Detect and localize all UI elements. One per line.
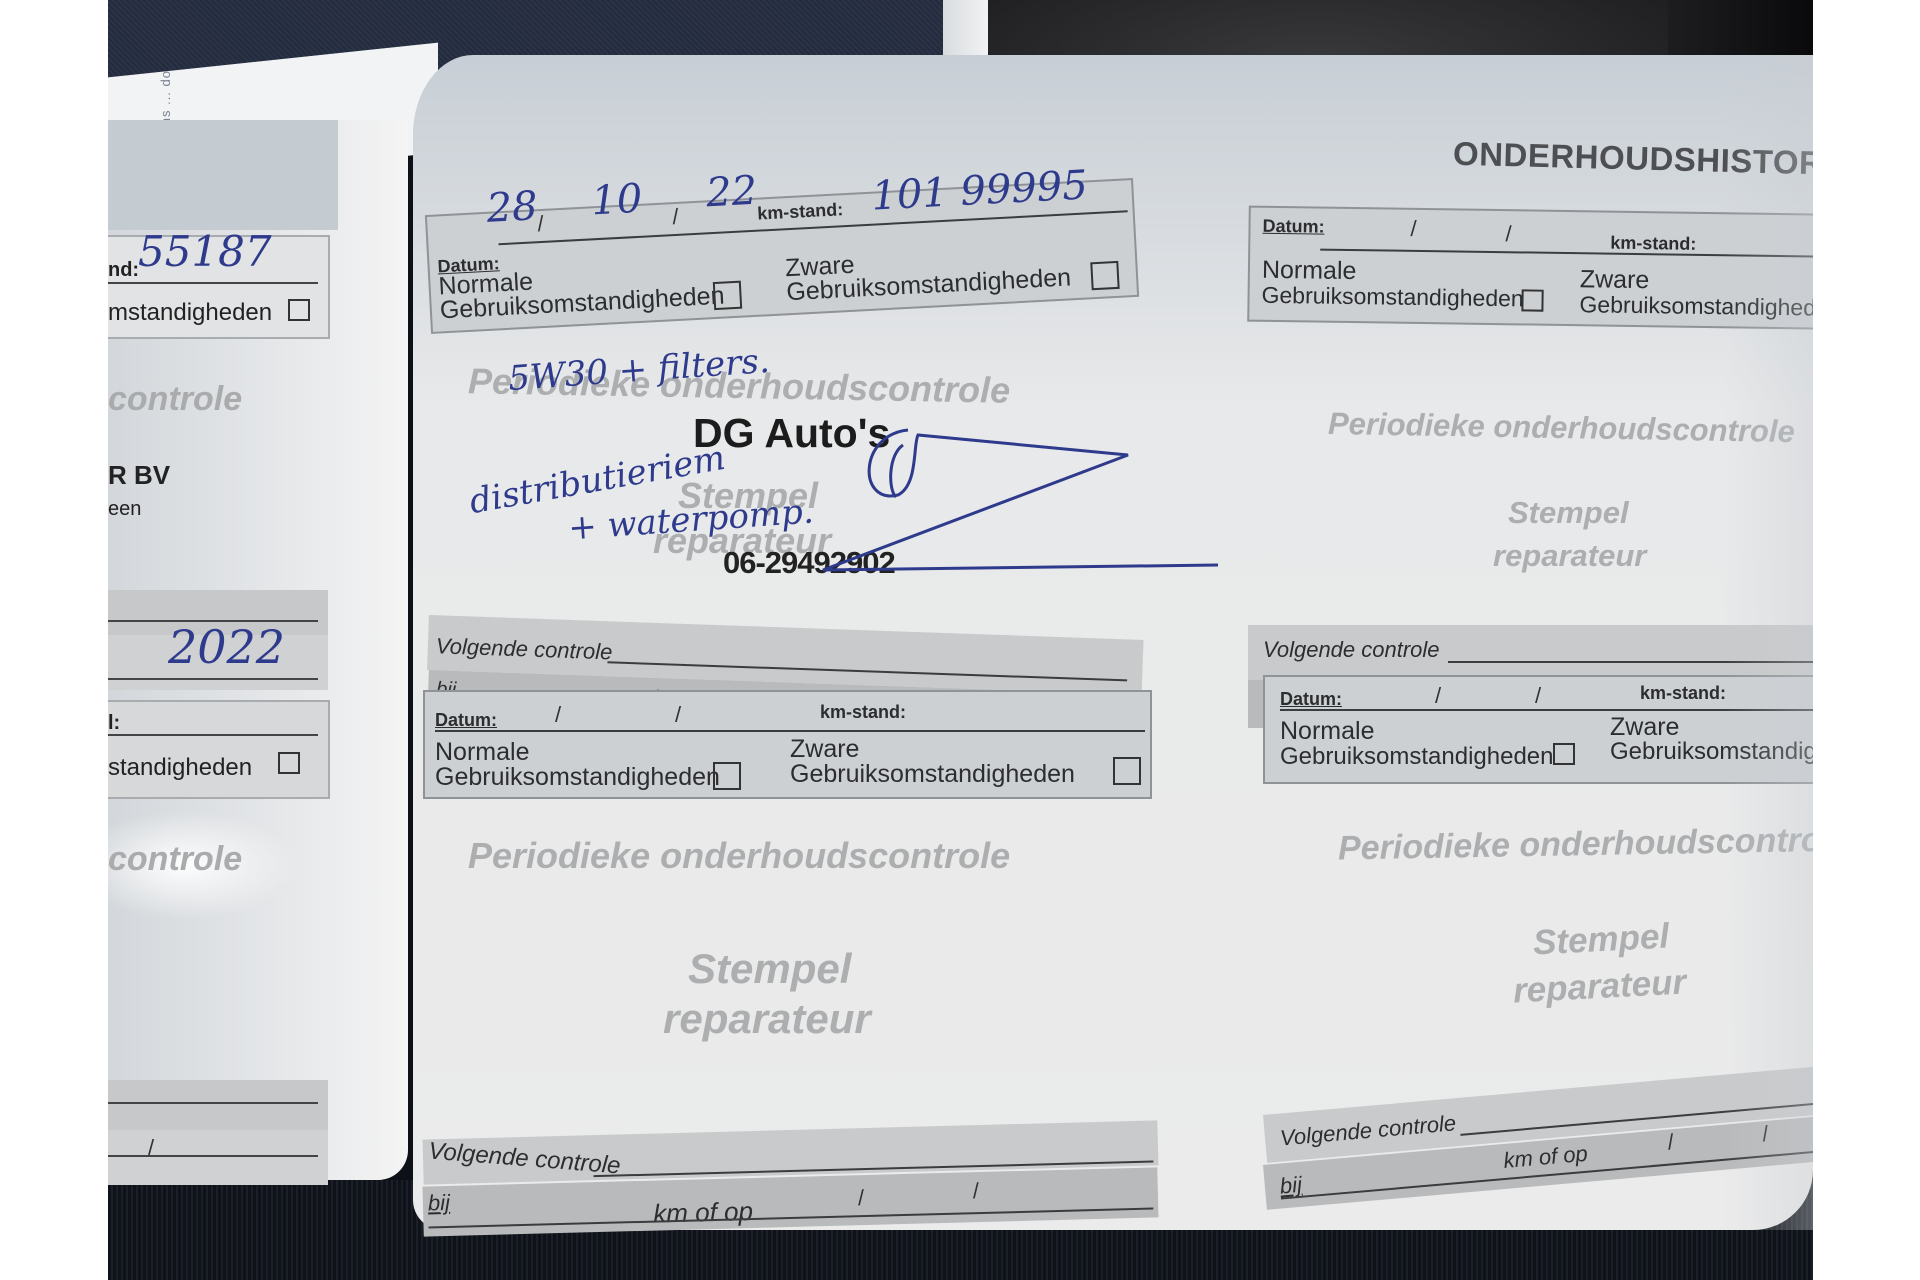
maintenance-history-page: ONDERHOUDSHISTORIE Datum: 28 / 10 / 22 k… xyxy=(413,55,1813,1230)
page-title: ONDERHOUDSHISTORIE xyxy=(1453,135,1813,184)
entry-header: Datum: / / km-stand: Normale Gebruiksoms… xyxy=(1263,675,1813,784)
normal-conditions-checkbox[interactable] xyxy=(1521,289,1543,311)
ghost-reparateur: reparateur xyxy=(663,995,871,1043)
next-check-label: Volgende controle xyxy=(1263,637,1440,663)
datum-label: Datum: xyxy=(435,710,497,731)
km-stand-label: km-stand: xyxy=(1610,233,1696,255)
ghost-heading: Periodieke onderhoudscontrole xyxy=(1328,406,1795,450)
normal-conditions-label-2: Gebruiksomstandigheden xyxy=(1261,283,1523,312)
date-slash-2: / xyxy=(675,702,681,728)
handwritten-day[interactable]: 28 xyxy=(485,183,538,232)
previous-page: nd: 55187 mstandigheden controle R BV ee… xyxy=(108,120,408,1180)
next-date-slash-2: / xyxy=(1743,686,1749,712)
datum-label: Datum: xyxy=(1280,689,1342,710)
km-label-fragment: nd: xyxy=(108,259,139,282)
next-date-slash-2: / xyxy=(972,1178,979,1204)
ghost-reparateur: reparateur xyxy=(1493,538,1646,574)
maintenance-entry-2: Datum: / / km-stand: Normale Gebruiksoms… xyxy=(1248,205,1813,725)
normal-conditions-label-2: Gebruiksomstandigheden xyxy=(435,765,720,790)
date-slash: / xyxy=(1435,683,1441,709)
handwritten-km: 55187 xyxy=(138,227,272,276)
datum-line xyxy=(1320,249,1813,259)
ghost-heading-2: controle xyxy=(108,840,242,879)
km-line xyxy=(108,282,318,284)
next-date-slash-2: / xyxy=(1761,1121,1769,1147)
normal-conditions-label: Normale xyxy=(1262,258,1357,284)
handwritten-km[interactable]: 101 99995 xyxy=(870,162,1088,219)
conditions-fragment: mstandigheden xyxy=(108,299,272,327)
km-of-op-label: km of op xyxy=(653,1196,753,1230)
maintenance-entry-4: Datum: / / km-stand: Normale Gebruiksoms… xyxy=(1263,675,1813,1195)
km-stand-label: km-stand: xyxy=(1640,683,1726,704)
heavy-conditions-label-2: Gebruiksomstandigheden xyxy=(1579,292,1813,321)
handwritten-year: 2022 xyxy=(168,620,285,674)
handwritten-year[interactable]: 22 xyxy=(705,168,758,217)
date-line xyxy=(108,678,318,680)
next-check-line xyxy=(1448,661,1813,663)
date-slash-2: / xyxy=(1535,683,1541,709)
date-slash: / xyxy=(555,702,561,728)
heavy-conditions-checkbox-2[interactable] xyxy=(278,752,300,774)
datum-label: Datum: xyxy=(1262,216,1324,238)
km-of-op-label: km of op xyxy=(1502,1141,1588,1174)
photo: Bij ... op ... vers ... kop ... ins ... … xyxy=(108,0,1813,1280)
next-check-band-2 xyxy=(108,1080,328,1130)
entry-header: Datum: / / km-stand: Normale Gebruiksoms… xyxy=(1247,206,1813,331)
normal-conditions-checkbox[interactable] xyxy=(713,762,741,790)
datum-line xyxy=(435,730,1145,732)
bij-band-2 xyxy=(108,1130,328,1185)
datum-line xyxy=(108,734,318,736)
date-slash: / xyxy=(1410,216,1416,242)
km-stand-label: km-stand: xyxy=(820,702,906,723)
next-check-label: Volgende controle xyxy=(427,1137,621,1180)
next-check-label: Volgende controle xyxy=(435,633,612,665)
heavy-conditions-label: Zware xyxy=(790,737,859,762)
date-slash-2: / xyxy=(672,204,679,230)
conditions-fragment-2: standigheden xyxy=(108,754,252,782)
ghost-stempel: Stempel xyxy=(1508,495,1629,531)
normal-conditions-checkbox[interactable] xyxy=(713,281,742,310)
ghost-reparateur: reparateur xyxy=(1512,962,1687,1011)
entry-header: Datum: 28 / 10 / 22 km-stand: 101 99995 … xyxy=(425,178,1139,334)
ghost-heading: Periodieke onderhoudscontrole xyxy=(1338,821,1813,869)
heavy-conditions-checkbox[interactable] xyxy=(1113,757,1141,785)
heavy-conditions-checkbox[interactable] xyxy=(288,299,310,321)
stamp-fragment: R BV xyxy=(108,460,170,491)
bij-line xyxy=(429,1208,1154,1229)
heavy-conditions-label-2: Gebruiksomstandigheden xyxy=(790,762,1075,787)
date-slash-2: / xyxy=(1505,221,1511,247)
next-date-slash: / xyxy=(1666,1129,1674,1155)
normal-conditions-checkbox[interactable] xyxy=(1553,743,1575,765)
bij-label: bij xyxy=(428,1190,451,1217)
next-check-band: Volgende controle xyxy=(1248,625,1813,680)
next-check-label: Volgende controle xyxy=(1279,1110,1457,1151)
normal-conditions-label: Normale xyxy=(435,740,529,765)
heavy-conditions-checkbox[interactable] xyxy=(1090,261,1119,290)
label-fragment: l: xyxy=(108,712,120,735)
heavy-conditions-label-2: Gebruiksomstandigheden xyxy=(1610,739,1813,764)
date-line-2 xyxy=(108,1155,318,1157)
ghost-heading: Periodieke onderhoudscontrole xyxy=(468,835,1010,877)
ghost-stempel: Stempel xyxy=(688,945,851,993)
km-stand-label: km-stand: xyxy=(757,199,844,224)
normal-conditions-label: Normale xyxy=(1280,719,1374,744)
next-date-slash: / xyxy=(858,1185,865,1211)
previous-entry-header: nd: 55187 mstandigheden xyxy=(108,235,330,339)
page-header-band xyxy=(108,120,338,230)
datum-line xyxy=(1280,709,1813,711)
next-check-line-2 xyxy=(108,1102,318,1104)
date-slash: / xyxy=(537,211,544,237)
ghost-stempel: Stempel xyxy=(1532,916,1670,963)
maintenance-entry-3: Datum: / / km-stand: Normale Gebruiksoms… xyxy=(423,690,1158,1230)
ghost-heading: controle xyxy=(108,380,242,419)
normal-conditions-label-2: Gebruiksomstandigheden xyxy=(1280,744,1554,769)
date-slash: / xyxy=(148,1135,154,1161)
handwritten-month[interactable]: 10 xyxy=(590,176,643,225)
next-check-line xyxy=(1460,1093,1813,1136)
previous-entry-2-header: l: standigheden xyxy=(108,700,330,799)
heavy-conditions-label: Zware xyxy=(1580,267,1650,293)
maintenance-entry-1: Datum: 28 / 10 / 22 km-stand: 101 99995 … xyxy=(428,175,1143,735)
stamp-fragment-2: een xyxy=(108,498,141,521)
mechanic-signature xyxy=(818,425,1218,575)
entry-header: Datum: / / km-stand: Normale Gebruiksoms… xyxy=(423,690,1152,799)
heavy-conditions-label: Zware xyxy=(1610,715,1679,740)
